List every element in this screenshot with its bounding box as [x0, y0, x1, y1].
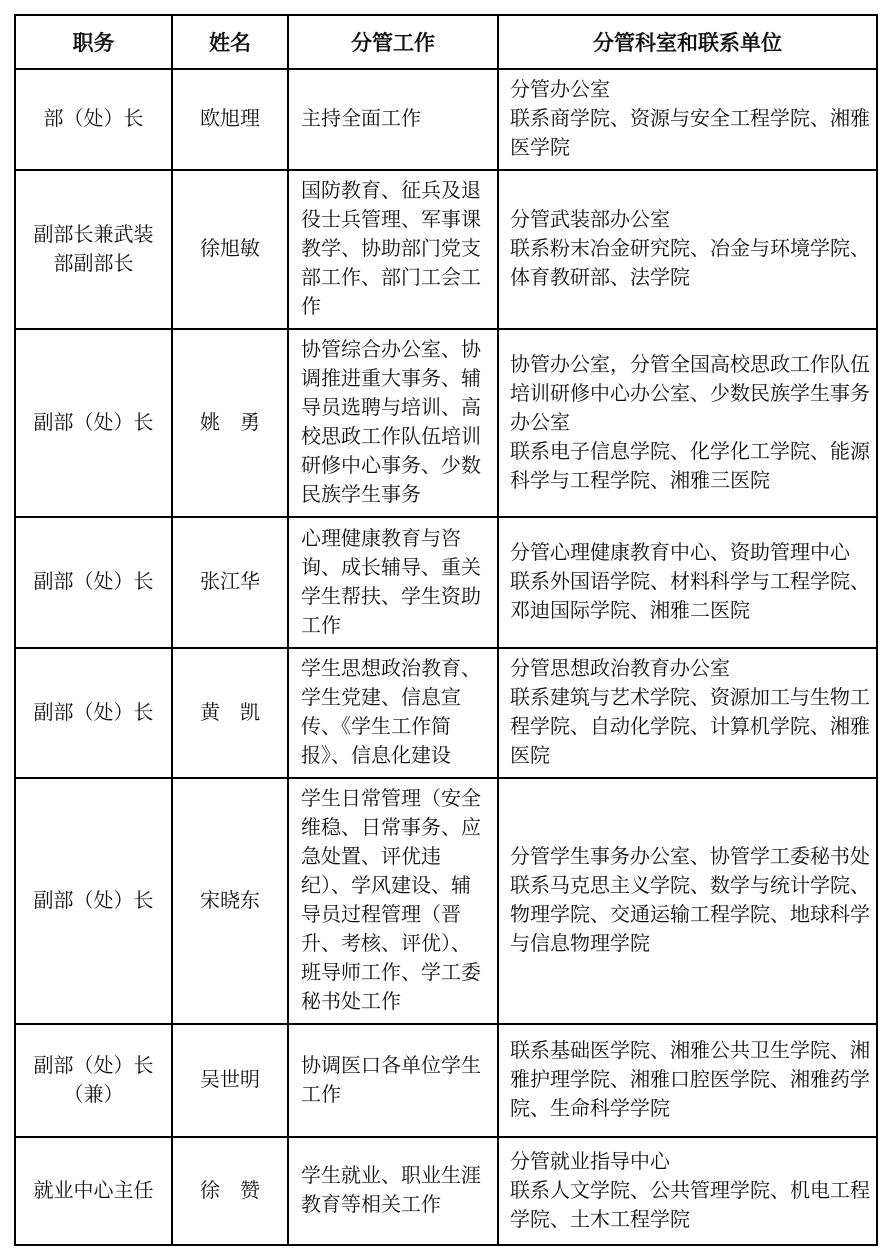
position-cell: 副部（处）长 — [15, 648, 172, 778]
contact-line: 分管就业指导中心 — [510, 1148, 870, 1177]
contact-line: 分管学生事务办公室、协管学工委秘书处 — [510, 843, 870, 872]
name-cell: 徐旭敏 — [172, 170, 288, 329]
name-cell: 宋晓东 — [172, 778, 288, 1024]
contact-line: 联系粉末冶金研究院、冶金与环境学院、体育教研部、法学院 — [510, 235, 870, 293]
name-cell: 黄 凯 — [172, 648, 288, 778]
duties-cell: 学生思想政治教育、学生党建、信息宣传、《学生工作简报》、信息化建设 — [288, 648, 498, 778]
contacts-cell: 分管学生事务办公室、协管学工委秘书处 联系马克思主义学院、数学与统计学院、物理学… — [498, 778, 877, 1024]
contacts-cell: 分管思想政治教育办公室 联系建筑与艺术学院、资源加工与生物工程学院、自动化学院、… — [498, 648, 877, 778]
contact-line: 联系人文学院、公共管理学院、机电工程学院、土木工程学院 — [510, 1177, 870, 1235]
table-row: 副部（处）长 张江华 心理健康教育与咨询、成长辅导、重关学生帮扶、学生资助工作 … — [15, 517, 877, 648]
table-row: 副部（处）长 姚 勇 协管综合办公室、协调推进重大事务、辅导员选聘与培训、高校思… — [15, 329, 877, 517]
document-page: 职务 姓名 分管工作 分管科室和联系单位 部（处）长 欧旭理 主持全面工作 分管… — [0, 0, 890, 1260]
duties-cell: 心理健康教育与咨询、成长辅导、重关学生帮扶、学生资助工作 — [288, 517, 498, 648]
table-header-row: 职务 姓名 分管工作 分管科室和联系单位 — [15, 15, 877, 69]
duties-cell: 学生日常管理（安全维稳、日常事务、应急处置、评优违纪）、学风建设、辅导员过程管理… — [288, 778, 498, 1024]
table-row: 部（处）长 欧旭理 主持全面工作 分管办公室 联系商学院、资源与安全工程学院、湘… — [15, 69, 877, 170]
leadership-duty-table: 职务 姓名 分管工作 分管科室和联系单位 部（处）长 欧旭理 主持全面工作 分管… — [14, 14, 878, 1246]
contact-line: 分管思想政治教育办公室 — [510, 655, 870, 684]
table-row: 就业中心主任 徐 赞 学生就业、职业生涯教育等相关工作 分管就业指导中心 联系人… — [15, 1137, 877, 1245]
header-name: 姓名 — [172, 15, 288, 69]
header-contacts: 分管科室和联系单位 — [498, 15, 877, 69]
contacts-cell: 协管办公室，分管全国高校思政工作队伍培训研修中心办公室、少数民族学生事务办公室 … — [498, 329, 877, 517]
duties-cell: 协管综合办公室、协调推进重大事务、辅导员选聘与培训、高校思政工作队伍培训研修中心… — [288, 329, 498, 517]
position-cell: 副部（处）长 — [15, 329, 172, 517]
name-cell: 徐 赞 — [172, 1137, 288, 1245]
table-row: 副部（处）长 宋晓东 学生日常管理（安全维稳、日常事务、应急处置、评优违纪）、学… — [15, 778, 877, 1024]
contact-line: 联系电子信息学院、化学化工学院、能源科学与工程学院、湘雅三医院 — [510, 438, 870, 496]
name-cell: 张江华 — [172, 517, 288, 648]
position-cell: 副部（处）长 — [15, 517, 172, 648]
contact-line: 联系基础医学院、湘雅公共卫生学院、湘雅护理学院、湘雅口腔医学院、湘雅药学院、生命… — [510, 1037, 870, 1124]
name-cell: 欧旭理 — [172, 69, 288, 170]
position-cell: 副部长兼武装部副部长 — [15, 170, 172, 329]
contact-line: 联系马克思主义学院、数学与统计学院、物理学院、交通运输工程学院、地球科学与信息物… — [510, 872, 870, 959]
table-row: 副部（处）长（兼） 吴世明 协调医口各单位学生工作 联系基础医学院、湘雅公共卫生… — [15, 1024, 877, 1137]
contact-line: 协管办公室，分管全国高校思政工作队伍培训研修中心办公室、少数民族学生事务办公室 — [510, 351, 870, 438]
header-duties: 分管工作 — [288, 15, 498, 69]
position-cell: 副部（处）长（兼） — [15, 1024, 172, 1137]
position-cell: 副部（处）长 — [15, 778, 172, 1024]
contact-line: 联系外国语学院、材料科学与工程学院、邓迪国际学院、湘雅二医院 — [510, 568, 870, 626]
contacts-cell: 分管心理健康教育中心、资助管理中心 联系外国语学院、材料科学与工程学院、邓迪国际… — [498, 517, 877, 648]
name-cell: 姚 勇 — [172, 329, 288, 517]
position-cell: 部（处）长 — [15, 69, 172, 170]
table-row: 副部（处）长 黄 凯 学生思想政治教育、学生党建、信息宣传、《学生工作简报》、信… — [15, 648, 877, 778]
duties-cell: 主持全面工作 — [288, 69, 498, 170]
header-position: 职务 — [15, 15, 172, 69]
contact-line: 联系建筑与艺术学院、资源加工与生物工程学院、自动化学院、计算机学院、湘雅医院 — [510, 684, 870, 771]
contact-line: 分管心理健康教育中心、资助管理中心 — [510, 539, 870, 568]
position-cell: 就业中心主任 — [15, 1137, 172, 1245]
duties-cell: 国防教育、征兵及退役士兵管理、军事课教学、协助部门党支部工作、部门工会工作 — [288, 170, 498, 329]
name-cell: 吴世明 — [172, 1024, 288, 1137]
contact-line: 分管武装部办公室 — [510, 206, 870, 235]
contacts-cell: 分管就业指导中心 联系人文学院、公共管理学院、机电工程学院、土木工程学院 — [498, 1137, 877, 1245]
contacts-cell: 分管办公室 联系商学院、资源与安全工程学院、湘雅医学院 — [498, 69, 877, 170]
contacts-cell: 分管武装部办公室 联系粉末冶金研究院、冶金与环境学院、体育教研部、法学院 — [498, 170, 877, 329]
contacts-cell: 联系基础医学院、湘雅公共卫生学院、湘雅护理学院、湘雅口腔医学院、湘雅药学院、生命… — [498, 1024, 877, 1137]
duties-cell: 学生就业、职业生涯教育等相关工作 — [288, 1137, 498, 1245]
contact-line: 联系商学院、资源与安全工程学院、湘雅医学院 — [510, 105, 870, 163]
contact-line: 分管办公室 — [510, 76, 870, 105]
duties-cell: 协调医口各单位学生工作 — [288, 1024, 498, 1137]
table-row: 副部长兼武装部副部长 徐旭敏 国防教育、征兵及退役士兵管理、军事课教学、协助部门… — [15, 170, 877, 329]
